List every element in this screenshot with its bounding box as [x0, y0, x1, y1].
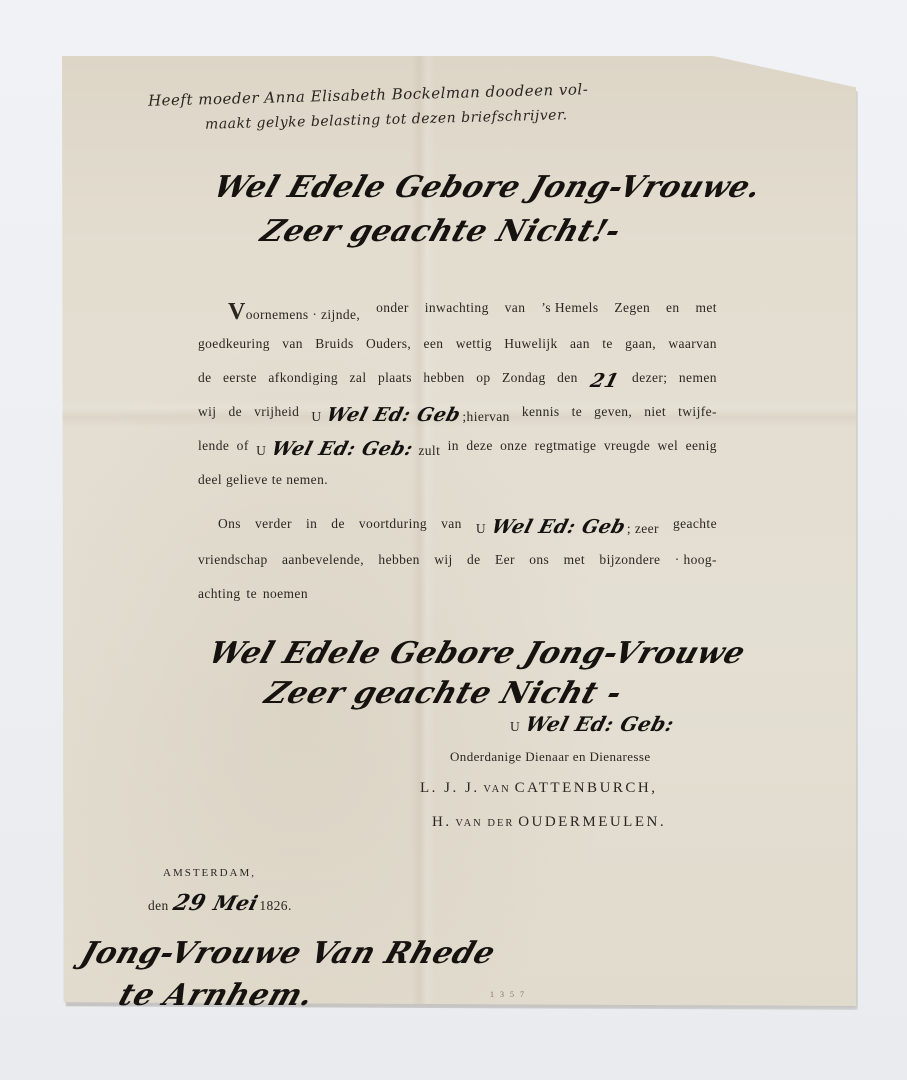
word: waarvan [668, 336, 717, 352]
word: hebben [378, 552, 419, 568]
word: van [282, 336, 303, 352]
address-line-2: te Arnhem. [114, 978, 318, 1013]
word: zult [418, 443, 440, 458]
salutation-top-line-1: Wel Edele Gebore Jong-Vrouwe. [209, 170, 765, 205]
word: van [505, 300, 526, 324]
body-line: goedkeuring van Bruids Ouders, een wetti… [198, 336, 717, 352]
word: ;hiervan [462, 409, 509, 424]
word: plaats [378, 370, 412, 392]
handwritten-title: Wel Ed: Geb: [269, 438, 415, 460]
word: hebben [423, 370, 464, 392]
signatory-2: H. van der OUDERMEULEN. [432, 814, 666, 831]
word: U [476, 521, 486, 536]
word: wettig [456, 336, 492, 352]
signatory-initials: L. J. J. [420, 780, 480, 796]
handwritten-title: Wel Ed: Geb: [523, 712, 677, 736]
word: deze [466, 438, 492, 460]
word: onder [376, 300, 409, 324]
word: onze [500, 438, 527, 460]
word: geven, [594, 404, 632, 426]
salutation-bottom-line-2: Zeer geachte Nicht - [260, 676, 626, 711]
word: dezer; [632, 370, 667, 392]
word: ’s Hemels [541, 300, 598, 324]
salutation-top-line-2: Zeer geachte Nicht!- [256, 214, 625, 249]
word: · hoog- [675, 552, 717, 568]
signatory-particle: van der [455, 818, 514, 829]
word: U [256, 443, 266, 458]
word: Ouders, [366, 336, 411, 352]
word: te [272, 472, 283, 488]
word: gelieve [226, 472, 268, 488]
word: ; zeer [627, 521, 659, 536]
word: deel [198, 472, 222, 488]
word: Ons [218, 516, 241, 538]
word: Eer [495, 552, 515, 568]
date-line: den 29 Mei1826. [148, 890, 292, 916]
body-line: achting te noemen [198, 586, 308, 602]
signatory-particle: van [483, 784, 510, 795]
word: achting [198, 586, 241, 602]
word: voortduring [359, 516, 427, 538]
word: verder [255, 516, 292, 538]
word: wij [434, 552, 452, 568]
handwritten-title: Wel Ed: Geb [489, 516, 628, 538]
handwritten-day: 21 [588, 370, 621, 392]
address-line-1: Jong-Vrouwe Van Rhede [76, 936, 500, 971]
body-line: deel gelieve te nemen. [198, 472, 328, 488]
letter-body: Voornemens · zijnde, onder inwachting va… [198, 300, 717, 620]
word: aan [570, 336, 590, 352]
word: geachte [673, 516, 717, 538]
signatory-1: L. J. J. van CATTENBURCH, [420, 780, 658, 797]
word: te [602, 336, 613, 352]
word: gaan, [625, 336, 656, 352]
body-line: vriendschap aanbevelende, hebben wij de … [198, 552, 717, 568]
word: regtmatige [535, 438, 597, 460]
body-line: Voornemens · zijnde, onder inwachting va… [228, 300, 717, 324]
word: de [198, 370, 212, 392]
word: in [306, 516, 317, 538]
u-prefix: U [510, 719, 520, 734]
word: inwachting [425, 300, 489, 324]
word: te [572, 404, 583, 426]
body-line: wij de vrijheid U Wel Ed: Geb;hiervan ke… [198, 404, 717, 426]
word: eerste [223, 370, 257, 392]
word: den [557, 370, 578, 392]
signatory-surname: OUDERMEULEN. [518, 814, 666, 830]
word: te [246, 586, 257, 602]
word: met [695, 300, 716, 324]
word: Huwelijk [504, 336, 557, 352]
pencil-mark: 1 3 5 7 [490, 990, 526, 999]
word: Bruids [315, 336, 353, 352]
handwritten-title: Wel Ed: Geb [324, 404, 463, 426]
drop-cap: V [228, 299, 246, 325]
word: vreugde [604, 438, 650, 460]
word: oornemens · zijnde, [246, 307, 360, 322]
word: vrijheid [254, 404, 299, 426]
word: vriendschap [198, 552, 268, 568]
word: noemen [263, 586, 308, 602]
word: nemen. [286, 472, 328, 488]
word: bijzondere [599, 552, 660, 568]
body-line: lende of U Wel Ed: Geb: zult in deze onz… [198, 438, 717, 460]
year: 1826. [259, 898, 291, 913]
word: Voornemens · zijnde, [228, 300, 360, 324]
body-line: Ons verder in de voortduring van U Wel E… [218, 516, 717, 538]
place: Amsterdam, [163, 867, 256, 879]
word: wel [658, 438, 679, 460]
word: afkondiging [268, 370, 338, 392]
word: ons [529, 552, 549, 568]
den-label: den [148, 898, 169, 913]
word: de [467, 552, 481, 568]
word: Zegen [614, 300, 650, 324]
word: en [666, 300, 680, 324]
word: Zondag [502, 370, 546, 392]
word: op [476, 370, 490, 392]
word: goedkeuring [198, 336, 270, 352]
word: eenig [686, 438, 717, 460]
word: lende [198, 438, 229, 460]
word: aanbevelende, [282, 552, 364, 568]
word: van [441, 516, 462, 538]
word: of [237, 438, 249, 460]
servant-line: Onderdanige Dienaar en Dienaresse [450, 749, 651, 765]
salutation-bottom-line-1: Wel Edele Gebore Jong-Vrouwe [204, 636, 750, 671]
word: een [423, 336, 443, 352]
word: U [311, 409, 321, 424]
word: kennis [522, 404, 560, 426]
word: zal [350, 370, 367, 392]
word: in [448, 438, 459, 460]
word: wij [198, 404, 216, 426]
word: twijfe- [678, 404, 717, 426]
word: met [564, 552, 585, 568]
word: niet [644, 404, 666, 426]
handwritten-day: 29 [171, 890, 209, 916]
word: de [229, 404, 243, 426]
closing-u-title: U Wel Ed: Geb: [510, 712, 676, 736]
word: de [331, 516, 345, 538]
body-line: de eerste afkondiging zal plaats hebben … [198, 370, 717, 392]
signatory-surname: CATTENBURCH, [515, 780, 658, 796]
handwritten-month: Mei [210, 891, 260, 915]
signatory-initials: H. [432, 814, 452, 830]
word: nemen [679, 370, 717, 392]
